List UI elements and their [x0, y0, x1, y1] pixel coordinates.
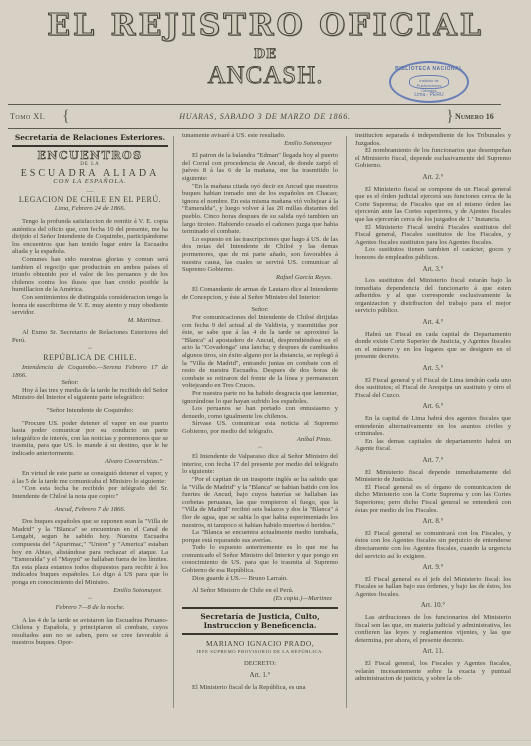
paragraph: Dos buques españoles que se suponen sean… [12, 518, 168, 586]
prado-heading: MARIANO IGNACIO PRADO, [182, 640, 338, 648]
signature: Emilio Sotomayor. [12, 587, 168, 595]
masthead-de: DE [0, 47, 531, 62]
top-rule [8, 104, 501, 105]
paragraph: El Ministerio fiscal de la República, es… [182, 684, 338, 692]
ornament-icon: ~ [12, 346, 168, 352]
brace-right-icon: } [446, 108, 454, 126]
paragraph: El Fiscal general es el órgano de comuni… [355, 484, 511, 514]
jefe-subheading: JEFE SUPREMO PROVISORIO DE LA REPÚBLICA. [182, 648, 338, 656]
con-la-heading: CON LA ESPAÑOLA. [12, 178, 168, 186]
escuadra-heading: ESCUADRA ALIADA [12, 170, 168, 178]
section-header: Secretaría de Relaciones Esteriores. [12, 132, 168, 147]
paragraph: Los peruanos se han portado con entusias… [182, 405, 338, 420]
paragraph: El Comandante de armas de Lautaro dice a… [182, 286, 338, 301]
paragraph: "Por el capitan de un trasporte inglés s… [182, 476, 338, 529]
column-2: tunamente avisaré á US. este resultado. … [182, 132, 338, 707]
salutation: Señor: [12, 379, 168, 387]
intendencia-line: Intendencia de Coquimbo.—Serena Febrero … [12, 364, 168, 379]
paragraph: El nombramiento de los funcionarios que … [355, 147, 511, 170]
paragraph: El Intendente de Valparaiso dice al Seño… [182, 453, 338, 476]
dateline: Tomo XI. { HUARAS, SABADO 3 DE MARZO DE … [0, 110, 531, 124]
brace-left-icon: { [62, 108, 70, 126]
stamp-inner-text: Instituto de Publicaciones Oficiales [409, 75, 449, 89]
paragraph: Con sentimientos de distinguida consider… [12, 294, 168, 317]
paragraph: El Fiscal general es el jefe del Ministe… [355, 576, 511, 599]
paragraph: Lo espuesto en las trascripciones que ha… [182, 236, 338, 274]
paragraph: El Fiscal general se comunicará con los … [355, 530, 511, 560]
paragraph: tunamente avisaré á US. este resultado. [182, 132, 338, 140]
paragraph: El Ministerio Fiscal tendrá Fiscales sus… [355, 224, 511, 247]
column-3: institucion separada é independiente de … [355, 132, 511, 707]
salutation: "Señor Intendente de Coquimbo: [12, 407, 168, 415]
paragraph: A las 4 de la tarde se avistaron las Esc… [12, 617, 168, 647]
paragraph: En virtud de este parte se consiguió det… [12, 470, 168, 485]
section-header: Secretaría de Justicia, Culto, Instrucci… [182, 607, 338, 635]
column-divider [346, 136, 347, 708]
paragraph: institucion separada é independiente de … [355, 132, 511, 147]
article-heading: Art. 3.° [355, 266, 511, 274]
paragraph: En las demas capitales de departamento h… [355, 438, 511, 453]
article-heading: Art. 1.° [182, 672, 338, 680]
paragraph: Hoy á las tres y media de la tarde he re… [12, 387, 168, 402]
paragraph: Las atribuciones de los funcionarios del… [355, 614, 511, 644]
bottom-rule [8, 128, 501, 129]
newspaper-page: EL REJISTRO OFICIAL DE ANCASH. BIBLIOTEC… [0, 0, 531, 741]
signature: Alvaro Covarrubias." [12, 458, 168, 466]
library-stamp: BIBLIOTECA NACIONAL Instituto de Publica… [389, 61, 469, 103]
article-heading: Art. 2.° [355, 174, 511, 182]
column-1: Secretaría de Relaciones Esteriores. ENC… [12, 132, 168, 707]
paragraph: Por comunicaciones del Intendente de Chi… [182, 314, 338, 390]
stamp-ring-text: BIBLIOTECA NACIONAL [391, 66, 467, 72]
issue-number: Numero 16 [455, 112, 494, 121]
paragraph: Los sustitutos tienen tambien el carácte… [355, 246, 511, 261]
paragraph: El Ministerio fiscal depende inmediatame… [355, 469, 511, 484]
issue-date: HUARAS, SABADO 3 DE MARZO DE 1866. [150, 112, 380, 121]
masthead-title: EL REJISTRO OFICIAL [0, 8, 531, 43]
addressee: Al Exmo Sr. Secretario de Relaciones Est… [12, 329, 168, 344]
paragraph: Comunes han sido nuestras glorias y comu… [12, 256, 168, 294]
article-heading: Art. 5.° [355, 365, 511, 373]
stamp-bottom-text: Lima - PERU [391, 92, 467, 98]
paragraph: Por nuestra parte no ha habido desgracia… [182, 390, 338, 405]
paragraph: Dios guarde á US.— Bruno Larraín. [182, 575, 338, 583]
article-heading: Art. 9.° [355, 564, 511, 572]
paragraph: El Ministerio fiscal se compone de un Fi… [355, 186, 511, 224]
paragraph: "Procure US. poder detener el vapor en e… [12, 420, 168, 458]
paragraph: Tengo la profunda satisfaccion de remiti… [12, 218, 168, 256]
signature: Emilio Sotomayor [182, 140, 338, 148]
paragraph: Sírvase US. comunicar esta noticia al Su… [182, 420, 338, 435]
column-divider [173, 136, 174, 708]
paragraph: Habrá un Fiscal en cada capital de Depar… [355, 331, 511, 361]
article-heading: Art. 8.° [355, 518, 511, 526]
paragraph: El Fiscal general, los Fiscales y Agente… [355, 660, 511, 683]
dateline-ancud: Ancud, Febrero 7 de 1866. [12, 506, 168, 514]
paragraph: "Con esta fecha he recibido por telégraf… [12, 485, 168, 500]
encuentros-heading: ENCUENTROS [12, 152, 168, 160]
paragraph: El patron de la balandra "Edman" llegada… [182, 152, 338, 182]
legacion-heading: LEGACION DE CHILE EN EL PERÚ. [12, 196, 168, 204]
paragraph: La "Blanca se encuentra actualmente medi… [182, 529, 338, 544]
paragraph: En la capital de Lima habrá dos agentes … [355, 415, 511, 438]
addressee: Al Señor Ministro de Chile en el Perú. [182, 587, 338, 595]
article-heading: Art. 10.° [355, 602, 511, 610]
paragraph: "En la mañana citada oyó decir en Ancud … [182, 183, 338, 236]
decreto-heading: DECRETO: [182, 660, 338, 668]
article-heading: Art. 11. [355, 648, 511, 656]
dateline-febrero: Febrero 7—8 de la noche. [12, 604, 168, 612]
paragraph: Los sustitutos del Ministerio fiscal est… [355, 277, 511, 315]
ornament-rule: — [12, 188, 168, 194]
salutation: Señor: [182, 306, 338, 314]
republica-heading: REPÚBLICA DE CHILE. [12, 354, 168, 362]
article-heading: Art. 6.° [355, 403, 511, 411]
article-heading: Art. 7.° [355, 457, 511, 465]
signature: Rafael García Reyes. [182, 274, 338, 282]
ornament-icon: ~ [182, 445, 338, 451]
signature: (Es copia.)—Martinez [182, 595, 338, 603]
ornament-icon: ~ [12, 596, 168, 602]
signature: M. Martinez. [12, 317, 168, 325]
paragraph: Todo lo espuesto anteriormente es lo que… [182, 544, 338, 574]
dateline-lima: Lima, Febrero 24 de 1866. [12, 205, 168, 213]
tomo-label: Tomo XI. [10, 112, 45, 121]
signature: Aníbal Pinto. [182, 436, 338, 444]
paragraph: El Fiscal general y el Fiscal de Lima te… [355, 377, 511, 400]
article-heading: Art. 4.° [355, 319, 511, 327]
